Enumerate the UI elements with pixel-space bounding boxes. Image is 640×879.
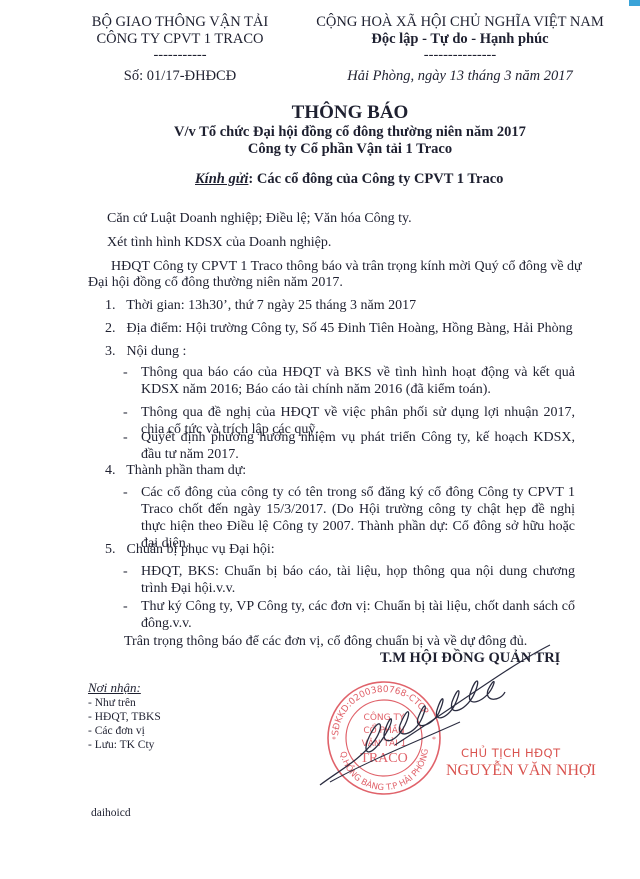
header-right-separator: --------------- [300, 48, 620, 62]
recipient-item: - HĐQT, TBKS [88, 710, 161, 724]
subject-line-2: Công ty Cổ phần Vận tải 1 Traco [140, 141, 560, 158]
item-4: 4. Thành phần tham dự: [105, 462, 246, 479]
basis-1: Căn cứ Luật Doanh nghiệp; Điều lệ; Văn h… [107, 210, 412, 227]
item-text: Địa điểm: Hội trường Công ty, Số 45 Đinh… [127, 321, 573, 336]
intro-line-1: HĐQT Công ty CPVT 1 Traco thông báo và t… [111, 258, 582, 275]
item-2: 2. Địa điểm: Hội trường Công ty, Số 45 Đ… [105, 320, 573, 337]
nation-motto: Độc lập - Tự do - Hạnh phúc [300, 31, 620, 48]
nation-name: CỘNG HOÀ XÃ HỘI CHỦ NGHĨA VIỆT NAM [300, 14, 620, 31]
item-text: Chuẩn bị phục vụ Đại hội: [127, 542, 275, 557]
bullet-dash: - [123, 404, 128, 421]
bullet-5-1: - HĐQT, BKS: Chuẩn bị báo cáo, tài liệu,… [123, 563, 575, 597]
item-5: 5. Chuẩn bị phục vụ Đại hội: [105, 541, 275, 558]
item-text: Nội dung : [127, 344, 187, 359]
recipient-line: Kính gửi: Các cổ đông của Công ty CPVT 1… [195, 171, 503, 188]
place-date: Hải Phòng, ngày 13 tháng 3 năm 2017 [300, 68, 620, 85]
bullet-dash: - [123, 598, 128, 615]
bullet-3-3: - Quyết định phương hướng nhiệm vụ phát … [123, 429, 575, 463]
company-name: CÔNG TY CPVT 1 TRACO [70, 31, 290, 48]
recipient-label: Kính gửi [195, 171, 248, 187]
item-text: Thành phần tham dự: [126, 463, 246, 478]
bullet-text: Thông qua báo cáo của HĐQT và BKS về tìn… [141, 364, 575, 398]
ministry-name: BỘ GIAO THÔNG VẬN TẢI [70, 14, 290, 31]
page-title: THÔNG BÁO [140, 102, 560, 124]
basis-2: Xét tình hình KDSX của Doanh nghiệp. [107, 234, 331, 251]
item-number: 1. [105, 297, 123, 314]
recipients-title: Nơi nhận: [88, 680, 161, 696]
signer-name: NGUYỄN VĂN NHỢI [446, 762, 596, 780]
bullet-dash: - [123, 484, 128, 501]
item-number: 2. [105, 320, 123, 337]
item-3: 3. Nội dung : [105, 343, 186, 360]
bullet-dash: - [123, 563, 128, 580]
bullet-text: Thư ký Công ty, VP Công ty, các đơn vị: … [141, 598, 575, 632]
subject-line-1: V/v Tổ chức Đại hội đồng cổ đông thường … [140, 124, 560, 141]
item-number: 5. [105, 541, 123, 558]
bullet-dash: - [123, 429, 128, 446]
signer-position: CHỦ TỊCH HĐQT [461, 746, 561, 760]
recipient-item: - Các đơn vị [88, 724, 161, 738]
bullet-5-2: - Thư ký Công ty, VP Công ty, các đơn vị… [123, 598, 575, 632]
intro-line-2: Đại hội đồng cổ đông thường niên năm 201… [88, 274, 343, 291]
recipient-item: - Lưu: TK Cty [88, 738, 161, 752]
recipient-item: - Như trên [88, 696, 161, 710]
bullet-text: Quyết định phương hướng nhiệm vụ phát tr… [141, 429, 575, 463]
bullet-3-1: - Thông qua báo cáo của HĐQT và BKS về t… [123, 364, 575, 398]
header-left: BỘ GIAO THÔNG VẬN TẢI CÔNG TY CPVT 1 TRA… [70, 14, 290, 85]
item-number: 3. [105, 343, 123, 360]
item-number: 4. [105, 462, 123, 479]
recipient-text: : Các cổ đông của Công ty CPVT 1 Traco [248, 171, 503, 187]
header-right: CỘNG HOÀ XÃ HỘI CHỦ NGHĨA VIỆT NAM Độc l… [300, 14, 620, 85]
bullet-text: HĐQT, BKS: Chuẩn bị báo cáo, tài liệu, h… [141, 563, 575, 597]
item-text: Thời gian: 13h30’, thứ 7 ngày 25 tháng 3… [126, 298, 416, 313]
document-number: Số: 01/17-ĐHĐCĐ [70, 68, 290, 85]
recipients-list: Nơi nhận: - Như trên - HĐQT, TBKS - Các … [88, 680, 161, 752]
item-1: 1. Thời gian: 13h30’, thứ 7 ngày 25 thán… [105, 297, 416, 314]
footer-code: daihoicd [91, 807, 131, 819]
bullet-dash: - [123, 364, 128, 381]
scan-corner-mark [629, 0, 640, 6]
title-block: THÔNG BÁO V/v Tổ chức Đại hội đồng cổ đô… [140, 102, 560, 158]
header-left-separator: ----------- [70, 48, 290, 62]
